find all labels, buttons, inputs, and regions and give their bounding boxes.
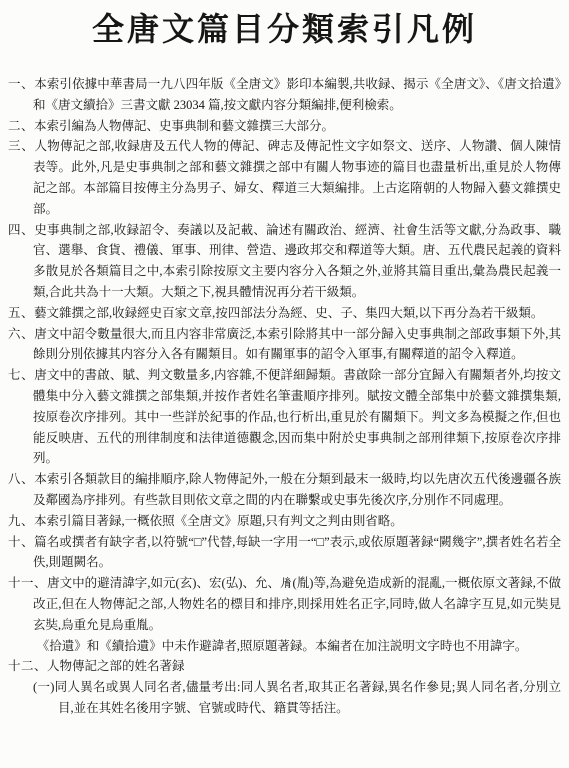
- sub-item-text: 同人異名或異人同名者,儘量考出:同人異名者,取其正名著録,異名作參見;異人同名者…: [54, 680, 561, 715]
- item-number: 十、: [8, 535, 34, 549]
- item-number: 五、: [8, 306, 34, 320]
- item-text: 藝文雜撰之部,收録經史百家文章,按四部法分為經、史、子、集四大類,以下再分為若干…: [34, 306, 543, 320]
- list-item-2: 二、本索引編為人物傳記、史事典制和藝文雜撰三大部分。: [8, 116, 561, 137]
- list-item-11: 十一、唐文中的避清諱字,如元(玄)、宏(弘)、允、𦙍(胤)等,為避免造成新的混亂…: [8, 573, 561, 635]
- item-text: 人物傳記之部的姓名著録: [47, 659, 185, 673]
- item-text: 本索引編為人物傳記、史事典制和藝文雜撰三大部分。: [34, 119, 334, 133]
- list-item-12: 十二、人物傳記之部的姓名著録: [8, 656, 561, 677]
- list-item-3: 三、人物傳記之部,收録唐及五代人物的傳記、碑志及傳記性文字如祭文、送序、人物讚、…: [8, 136, 561, 219]
- item-text: 本索引依據中華書局一九八四年版《全唐文》影印本編製,共收録、揭示《全唐文》、《唐…: [33, 77, 561, 112]
- list-item-1: 一、本索引依據中華書局一九八四年版《全唐文》影印本編製,共收録、揭示《全唐文》、…: [8, 74, 561, 116]
- item-text: 本索引篇目著録,一概依照《全唐文》原題,只有判文之判由則省略。: [34, 514, 403, 528]
- item-number: 七、: [8, 368, 34, 382]
- item-number: 十一、: [8, 576, 47, 590]
- list-item-5: 五、藝文雜撰之部,收録經史百家文章,按四部法分為經、史、子、集四大類,以下再分為…: [8, 303, 561, 324]
- item-number: 九、: [8, 514, 34, 528]
- item-text: 人物傳記之部,收録唐及五代人物的傳記、碑志及傳記性文字如祭文、送序、人物讚、個人…: [33, 139, 561, 215]
- guidelines-list: 一、本索引依據中華書局一九八四年版《全唐文》影印本編製,共收録、揭示《全唐文》、…: [8, 74, 561, 719]
- list-item-11-note: 《拾遺》和《續拾遺》中未作避諱者,照原題著録。本編者在加注説明文字時也不用諱字。: [8, 636, 561, 657]
- list-item-9: 九、本索引篇目著録,一概依照《全唐文》原題,只有判文之判由則省略。: [8, 511, 561, 532]
- page-title: 全唐文篇目分類索引凡例: [0, 0, 569, 49]
- item-number: 二、: [8, 119, 34, 133]
- list-item-10: 十、篇名或撰者有缺字者,以符號“□”代替,每缺一字用一“□”表示,或依原題著録“…: [8, 532, 561, 574]
- sub-item-number: (一): [33, 680, 54, 694]
- scanned-document-page: 全唐文篇目分類索引凡例 一、本索引依據中華書局一九八四年版《全唐文》影印本編製,…: [0, 0, 569, 768]
- item-text: 唐文中的書啟、賦、判文數量多,内容雜,不便詳細歸類。書啟除一部分宜歸入有關類者外…: [33, 368, 561, 465]
- item-number: 三、: [8, 139, 35, 153]
- list-item-6: 六、唐文中詔令數量很大,而且内容非常廣泛,本索引除將其中一部分歸入史事典制之部政…: [8, 324, 561, 366]
- list-item-12-sub-1: (一)同人異名或異人同名者,儘量考出:同人異名者,取其正名著録,異名作參見;異人…: [8, 677, 561, 719]
- item-text: 史事典制之部,收録詔令、奏議以及記載、論述有關政治、經濟、社會生活等文獻,分為政…: [33, 223, 561, 299]
- item-text: 唐文中詔令數量很大,而且内容非常廣泛,本索引除將其中一部分歸入史事典制之部政事類…: [33, 327, 561, 362]
- list-item-8: 八、本索引各類款目的編排順序,除人物傳記外,一般在分類到最末一級時,均以先唐次五…: [8, 469, 561, 511]
- list-item-4: 四、史事典制之部,收録詔令、奏議以及記載、論述有關政治、經濟、社會生活等文獻,分…: [8, 220, 561, 303]
- item-number: 四、: [8, 223, 34, 237]
- list-item-7: 七、唐文中的書啟、賦、判文數量多,内容雜,不便詳細歸類。書啟除一部分宜歸入有關類…: [8, 365, 561, 469]
- item-number: 一、: [8, 77, 34, 91]
- item-number: 十二、: [8, 659, 47, 673]
- item-number: 六、: [8, 327, 34, 341]
- item-text: 篇名或撰者有缺字者,以符號“□”代替,每缺一字用一“□”表示,或依原題著録“闕幾…: [33, 535, 561, 570]
- item-text: 本索引各類款目的編排順序,除人物傳記外,一般在分類到最末一級時,均以先唐次五代後…: [33, 472, 561, 507]
- item-text: 唐文中的避清諱字,如元(玄)、宏(弘)、允、𦙍(胤)等,為避免造成新的混亂,一概…: [33, 576, 561, 632]
- item-number: 八、: [8, 472, 34, 486]
